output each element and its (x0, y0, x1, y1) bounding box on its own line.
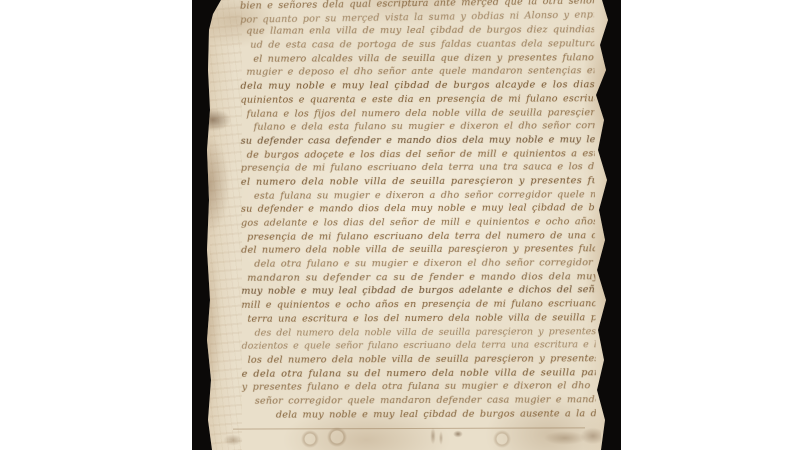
manuscript-line: fulano e dela esta fulano su mugier e di… (254, 119, 595, 134)
manuscript-line: esta fulana su mugier e dixeron a dho se… (254, 188, 595, 203)
manuscript-text: bien e señores dela qual escriptura ante… (240, 0, 596, 430)
manuscript-line: señor corregidor quele mandaron defender… (255, 393, 596, 408)
manuscript-line: mugier e deposo el dho señor ante quele … (246, 65, 594, 80)
manuscript-line: mandaron su defender ca su de fender e m… (247, 270, 595, 285)
manuscript-line: presençia de mi fulano escriuano dela te… (241, 160, 595, 175)
manuscript-line: dela muy noble e muy leal çibdad de burg… (276, 407, 596, 422)
manuscript-line: mill e quinientos e ocho años en presenç… (241, 297, 595, 312)
manuscript-line: ud de esta casa de portoga de sus faldas… (250, 37, 594, 52)
manuscript-line: el numero alcaldes villa de seuilla que … (253, 51, 594, 66)
margin-ghost-marks (210, 0, 242, 450)
parchment-page: bien e señores dela qual escriptura ante… (205, 0, 609, 450)
manuscript-line: dela otra fulano e su mugier e dixeron e… (254, 256, 595, 271)
manuscript-line: gos adelante e los dias del señor de mil… (241, 215, 595, 230)
page-background: bien e señores dela qual escriptura ante… (0, 0, 800, 450)
manuscript-line: su defender casa defender e mando dios d… (241, 133, 595, 148)
manuscript-photo: bien e señores dela qual escriptura ante… (192, 0, 621, 450)
manuscript-line: los del numero dela noble villa de seuil… (248, 352, 596, 367)
bottom-sketches (215, 424, 601, 450)
manuscript-line: des del numero dela noble villa de seuil… (254, 325, 595, 340)
manuscript-line: dela muy noble e muy leal çibdad de burg… (240, 78, 594, 93)
manuscript-line: dozientos e quele señor fulano escriuano… (242, 338, 596, 353)
